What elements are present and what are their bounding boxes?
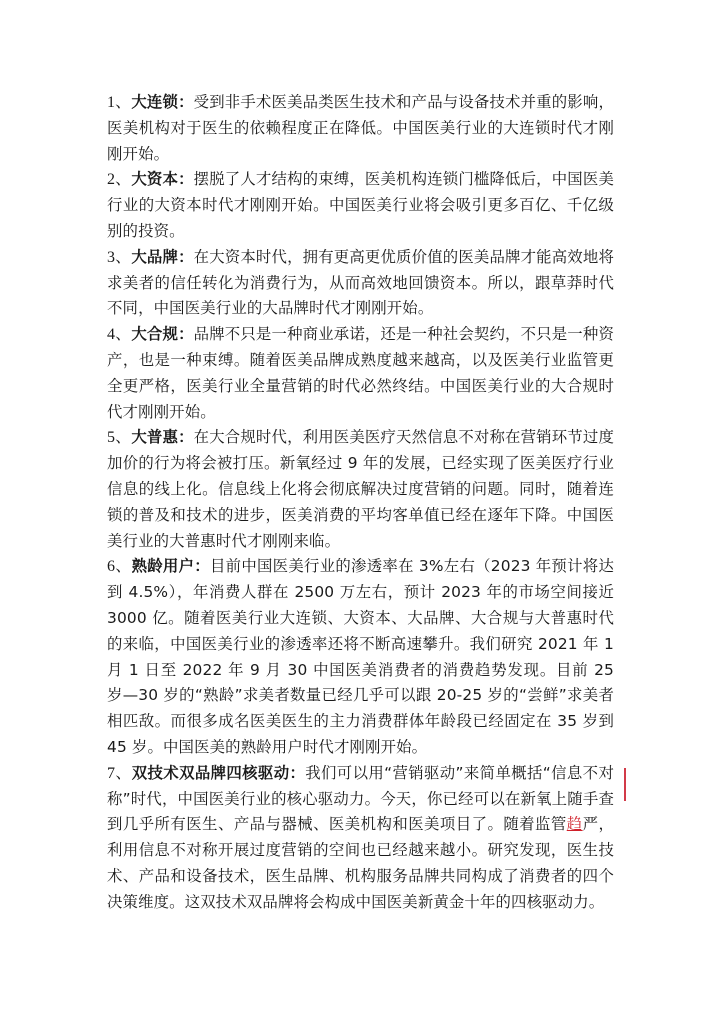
item-number: 2、 [107,171,131,188]
item-colon: ： [178,325,194,343]
item-number: 5、 [107,429,131,446]
spellcheck-marked-word[interactable]: 趋 [567,815,583,833]
list-item-4: 4、大合规：品牌不只是一种商业承诺，还是一种社会契约，不只是一种资产，也是一种束… [107,322,614,425]
list-item-3: 3、大品牌：在大资本时代，拥有更高更优质价值的医美品牌才能高效地将求美者的信任转… [107,245,614,322]
item-body: 目前中国医美行业的渗透率在 3%左右（2023 年预计将达到 4.5%），年消费… [107,557,614,756]
item-body: 在大合规时代，利用医美医疗天然信息不对称在营销环节过度加价的行为将会被打压。新氧… [107,428,614,549]
item-heading: 大品牌 [131,248,178,266]
item-number: 3、 [107,249,131,266]
item-colon: ： [178,248,194,266]
item-heading: 大普惠 [131,428,178,446]
item-number: 1、 [107,94,131,111]
item-heading: 大连锁 [131,93,178,111]
item-colon: ： [178,428,194,446]
text-cursor-icon [624,768,626,801]
item-number: 4、 [107,326,131,343]
document-page: 1、大连锁：受到非手术医美品类医生技术和产品与设备技术并重的影响，医美机构对于医… [0,0,725,1024]
item-heading: 双技术双品牌四核驱动 [132,764,290,782]
list-item-6: 6、熟龄用户：目前中国医美行业的渗透率在 3%左右（2023 年预计将达到 4.… [107,554,614,760]
list-item-5: 5、大普惠：在大合规时代，利用医美医疗天然信息不对称在营销环节过度加价的行为将会… [107,425,614,554]
item-heading: 大合规 [131,325,178,343]
item-colon: ： [194,557,210,575]
list-item-7: 7、双技术双品牌四核驱动：我们可以用“营销驱动”来简单概括“信息不对称”时代，中… [107,761,614,916]
item-heading: 大资本 [131,170,178,188]
item-number: 6、 [107,558,132,575]
item-colon: ： [289,764,305,782]
document-body: 1、大连锁：受到非手术医美品类医生技术和产品与设备技术并重的影响，医美机构对于医… [107,90,614,916]
item-colon: ： [178,170,194,188]
item-heading: 熟龄用户 [132,557,195,575]
item-colon: ： [178,93,194,111]
item-number: 7、 [107,765,132,782]
list-item-2: 2、大资本：摆脱了人才结构的束缚，医美机构连锁门槛降低后，中国医美行业的大资本时… [107,167,614,244]
list-item-1: 1、大连锁：受到非手术医美品类医生技术和产品与设备技术并重的影响，医美机构对于医… [107,90,614,167]
